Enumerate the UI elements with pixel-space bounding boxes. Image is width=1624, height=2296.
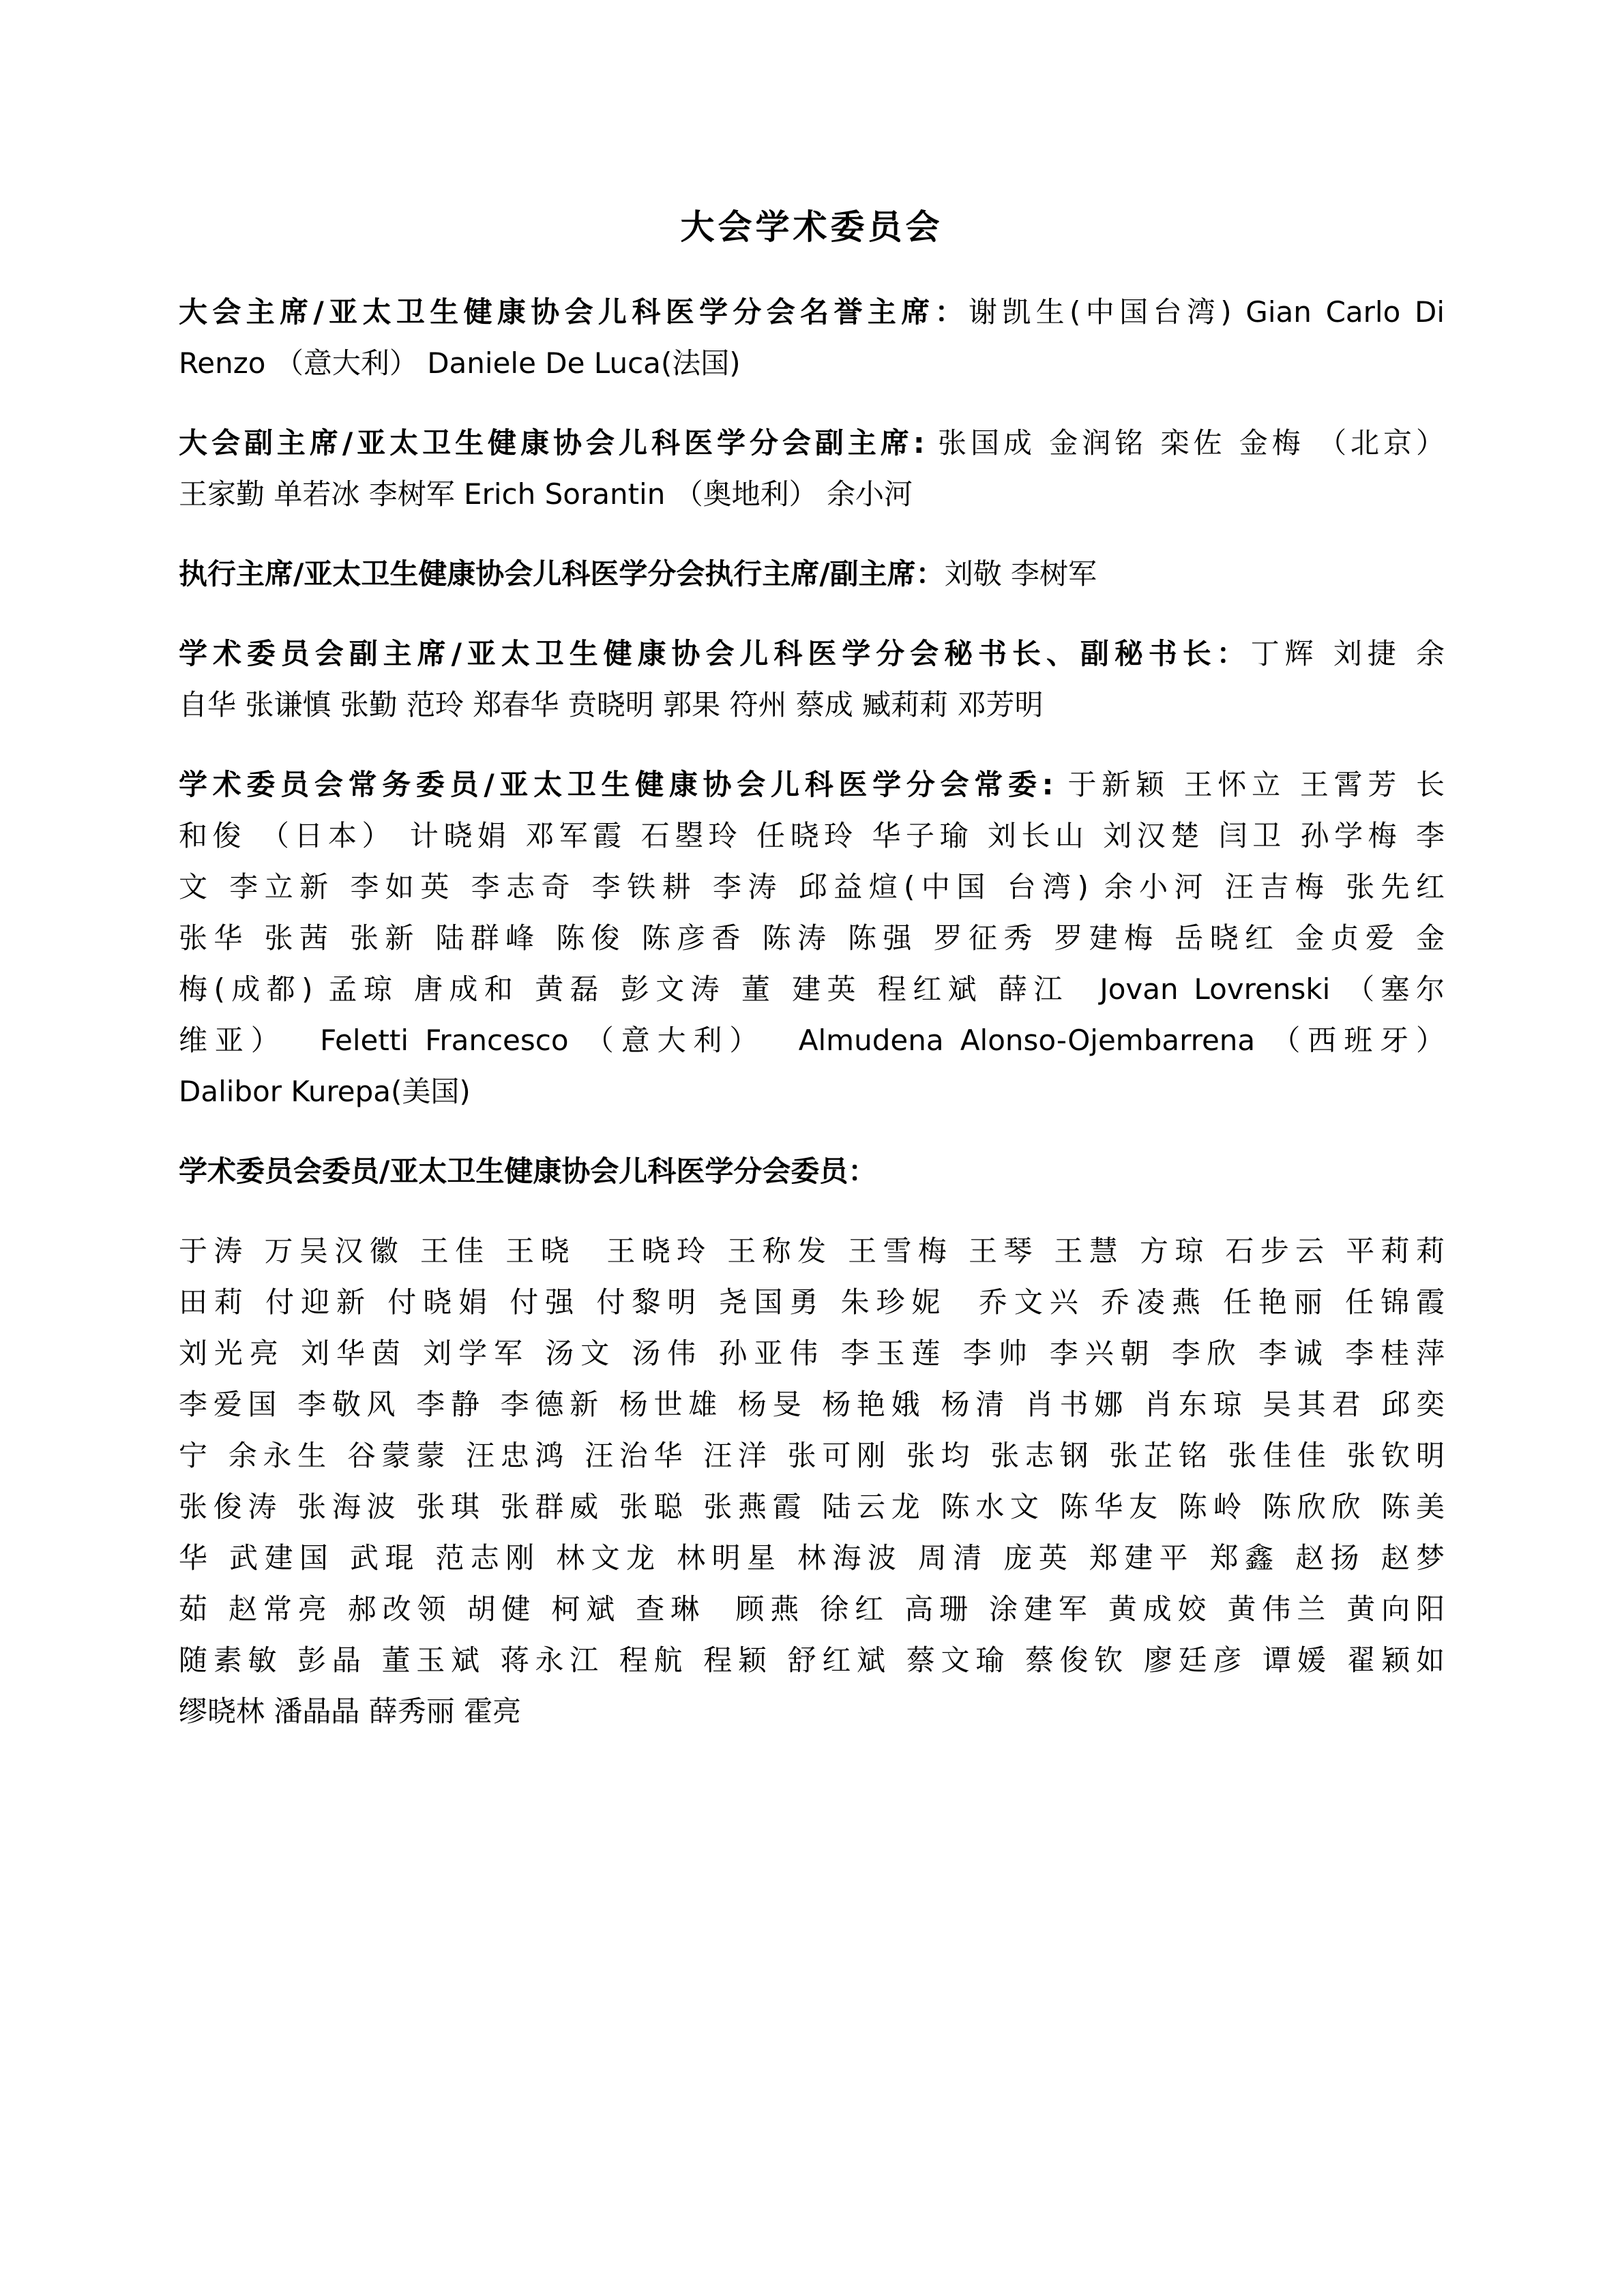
paragraph-vice-chair-secretary: 学术委员会副主席/亚太卫生健康协会儿科医学分会秘书长、副秘书长：丁辉 刘捷 余自… [179,628,1445,730]
section-heading-text: 大会副主席/亚太卫生健康协会儿科医学分会副主席: [179,426,925,460]
section-heading-text: 学术委员会常务委员/亚太卫生健康协会儿科医学分会常委: [179,768,1053,801]
document-body: 大会主席/亚太卫生健康协会儿科医学分会名誉主席：谢凯生(中国台湾) Gian C… [179,286,1445,1737]
paragraph-members: 于涛 万吴汉徽 王佳 王晓 王晓玲 王称发 王雪梅 王琴 王慧 方琼 石步云 平… [179,1225,1445,1737]
paragraph-standing-members: 学术委员会常务委员/亚太卫生健康协会儿科医学分会常委: 于新颖 王怀立 王霄芳 … [179,759,1445,1117]
text-line: 和俊 （日本） 计晓娟 邓军霞 石曌玲 任晓玲 华子瑜 刘长山 刘汉楚 闫卫 孙… [179,810,1445,861]
text-line: 宁 余永生 谷蒙蒙 汪忠鸿 汪治华 汪洋 张可刚 张均 张志钢 张芷铭 张佳佳 … [179,1430,1445,1481]
names-text: 缪晓林 潘晶晶 薛秀丽 霍亮 [179,1695,521,1728]
names-text: Renzo （意大利） Daniele De Luca(法国) [179,346,741,380]
text-line: 张华 张茜 张新 陆群峰 陈俊 陈彦香 陈涛 陈强 罗征秀 罗建梅 岳晓红 金贞… [179,912,1445,964]
names-text: 茹 赵常亮 郝改领 胡健 柯斌 查琳 顾燕 徐红 高珊 涂建军 黄成姣 黄伟兰 … [179,1592,1445,1626]
text-line: 王家勤 单若冰 李树军 Erich Sorantin （奥地利） 余小河 [179,468,1445,520]
text-line: 于涛 万吴汉徽 王佳 王晓 王晓玲 王称发 王雪梅 王琴 王慧 方琼 石步云 平… [179,1225,1445,1277]
names-text: 田莉 付迎新 付晓娟 付强 付黎明 尧国勇 朱珍妮 乔文兴 乔凌燕 任艳丽 任锦… [179,1285,1445,1319]
names-text: 谢凯生(中国台湾) Gian Carlo Di [969,295,1445,329]
names-text: 宁 余永生 谷蒙蒙 汪忠鸿 汪治华 汪洋 张可刚 张均 张志钢 张芷铭 张佳佳 … [179,1439,1445,1472]
text-line: 学术委员会常务委员/亚太卫生健康协会儿科医学分会常委: 于新颖 王怀立 王霄芳 … [179,759,1445,810]
text-line: 缪晓林 潘晶晶 薛秀丽 霍亮 [179,1686,1445,1737]
document-page: 大会学术委员会 大会主席/亚太卫生健康协会儿科医学分会名誉主席：谢凯生(中国台湾… [179,199,1445,1765]
text-line: 田莉 付迎新 付晓娟 付强 付黎明 尧国勇 朱珍妮 乔文兴 乔凌燕 任艳丽 任锦… [179,1277,1445,1328]
paragraph-members-heading: 学术委员会委员/亚太卫生健康协会儿科医学分会委员： [179,1146,1445,1197]
text-line: Renzo （意大利） Daniele De Luca(法国) [179,338,1445,389]
paragraph-vice-chair: 大会副主席/亚太卫生健康协会儿科医学分会副主席: 张国成 金润铭 栾佐 金梅 （… [179,417,1445,520]
section-heading-text: 学术委员会副主席/亚太卫生健康协会儿科医学分会秘书长、副秘书长： [179,637,1251,670]
names-text: 随素敏 彭晶 董玉斌 蒋永江 程航 程颖 舒红斌 蔡文瑜 蔡俊钦 廖廷彦 谭媛 … [179,1643,1445,1677]
names-text: 刘光亮 刘华茵 刘学军 汤文 汤伟 孙亚伟 李玉莲 李帅 李兴朝 李欣 李诚 李… [179,1337,1445,1370]
text-line: 文 李立新 李如英 李志奇 李铁耕 李涛 邱益煊(中国 台湾) 余小河 汪吉梅 … [179,861,1445,912]
text-line: 刘光亮 刘华茵 刘学军 汤文 汤伟 孙亚伟 李玉莲 李帅 李兴朝 李欣 李诚 李… [179,1328,1445,1379]
names-text: 张华 张茜 张新 陆群峰 陈俊 陈彦香 陈涛 陈强 罗征秀 罗建梅 岳晓红 金贞… [179,921,1445,955]
section-heading-text: 大会主席/亚太卫生健康协会儿科医学分会名誉主席： [179,295,969,329]
paragraph-honorary-chair: 大会主席/亚太卫生健康协会儿科医学分会名誉主席：谢凯生(中国台湾) Gian C… [179,286,1445,389]
names-text: 华 武建国 武琨 范志刚 林文龙 林明星 林海波 周清 庞英 郑建平 郑鑫 赵扬… [179,1541,1445,1575]
text-line: 华 武建国 武琨 范志刚 林文龙 林明星 林海波 周清 庞英 郑建平 郑鑫 赵扬… [179,1532,1445,1583]
names-text: 于涛 万吴汉徽 王佳 王晓 王晓玲 王称发 王雪梅 王琴 王慧 方琼 石步云 平… [179,1234,1445,1268]
text-line: 李爱国 李敬风 李静 李德新 杨世雄 杨旻 杨艳娥 杨清 肖书娜 肖东琼 吴其君… [179,1379,1445,1430]
section-heading-text: 执行主席/亚太卫生健康协会儿科医学分会执行主席/副主席： [179,557,945,591]
names-text: 王家勤 单若冰 李树军 Erich Sorantin （奥地利） 余小河 [179,477,913,511]
text-line: 学术委员会委员/亚太卫生健康协会儿科医学分会委员： [179,1146,1445,1197]
names-text: 刘敬 李树军 [945,557,1097,591]
text-line: 学术委员会副主席/亚太卫生健康协会儿科医学分会秘书长、副秘书长：丁辉 刘捷 余 [179,628,1445,679]
text-line: 自华 张谦慎 张勤 范玲 郑春华 贲晓明 郭果 符州 蔡成 臧莉莉 邓芳明 [179,679,1445,730]
names-text: 梅(成都) 孟琼 唐成和 黄磊 彭文涛 董 建英 程红斌 薛江 Jovan Lo… [179,972,1445,1006]
text-line: 张俊涛 张海波 张琪 张群威 张聪 张燕霞 陆云龙 陈水文 陈华友 陈岭 陈欣欣… [179,1481,1445,1532]
names-text: 和俊 （日本） 计晓娟 邓军霞 石曌玲 任晓玲 华子瑜 刘长山 刘汉楚 闫卫 孙… [179,819,1445,852]
text-line: 维亚） Feletti Francesco （意大利） Almudena Alo… [179,1015,1445,1066]
names-text: 李爱国 李敬风 李静 李德新 杨世雄 杨旻 杨艳娥 杨清 肖书娜 肖东琼 吴其君… [179,1388,1445,1421]
names-text: 文 李立新 李如英 李志奇 李铁耕 李涛 邱益煊(中国 台湾) 余小河 汪吉梅 … [179,870,1445,904]
paragraph-executive-chair: 执行主席/亚太卫生健康协会儿科医学分会执行主席/副主席：刘敬 李树军 [179,548,1445,599]
names-text: 于新颖 王怀立 王霄芳 长 [1053,768,1445,801]
names-text: 维亚） Feletti Francesco （意大利） Almudena Alo… [179,1024,1445,1057]
text-line: 梅(成都) 孟琼 唐成和 黄磊 彭文涛 董 建英 程红斌 薛江 Jovan Lo… [179,964,1445,1015]
text-line: 执行主席/亚太卫生健康协会儿科医学分会执行主席/副主席：刘敬 李树军 [179,548,1445,599]
text-line: 随素敏 彭晶 董玉斌 蒋永江 程航 程颖 舒红斌 蔡文瑜 蔡俊钦 廖廷彦 谭媛 … [179,1635,1445,1686]
page-title: 大会学术委员会 [179,199,1445,255]
names-text: 张俊涛 张海波 张琪 张群威 张聪 张燕霞 陆云龙 陈水文 陈华友 陈岭 陈欣欣… [179,1490,1445,1523]
text-line: 大会副主席/亚太卫生健康协会儿科医学分会副主席: 张国成 金润铭 栾佐 金梅 （… [179,417,1445,468]
text-line: Dalibor Kurepa(美国) [179,1066,1445,1117]
names-text: Dalibor Kurepa(美国) [179,1075,471,1108]
section-heading-text: 学术委员会委员/亚太卫生健康协会儿科医学分会委员： [179,1154,876,1188]
names-text: 自华 张谦慎 张勤 范玲 郑春华 贲晓明 郭果 符州 蔡成 臧莉莉 邓芳明 [179,688,1044,721]
names-text: 张国成 金润铭 栾佐 金梅 （北京） [925,426,1445,460]
names-text: 丁辉 刘捷 余 [1251,637,1445,670]
text-line: 茹 赵常亮 郝改领 胡健 柯斌 查琳 顾燕 徐红 高珊 涂建军 黄成姣 黄伟兰 … [179,1583,1445,1635]
text-line: 大会主席/亚太卫生健康协会儿科医学分会名誉主席：谢凯生(中国台湾) Gian C… [179,286,1445,338]
